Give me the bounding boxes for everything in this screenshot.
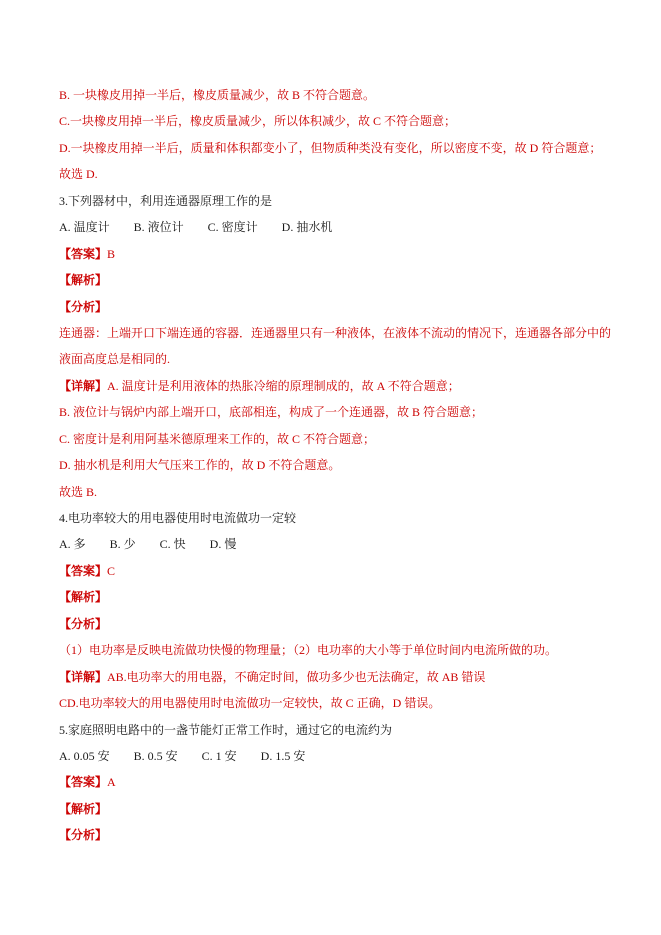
q3-analysis-line2: 液面高度总是相同的.	[59, 346, 641, 372]
q4-answer-line: 【答案】C	[59, 558, 641, 584]
q3-detail-c: C. 密度计是利用阿基米德原理来工作的，故 C 不符合题意；	[59, 426, 641, 452]
q4-stem: 4.电功率较大的用电器使用时电流做功一定较	[59, 505, 641, 531]
q4-fenxi-label: 【分析】	[59, 611, 641, 637]
q5-options: A. 0.05 安 B. 0.5 安 C. 1 安 D. 1.5 安	[59, 743, 641, 769]
q4-jiexi-label: 【解析】	[59, 584, 641, 610]
q3-conclusion: 故选 B.	[59, 479, 641, 505]
q3-answer-line: 【答案】B	[59, 241, 641, 267]
q3-options: A. 温度计 B. 液位计 C. 密度计 D. 抽水机	[59, 214, 641, 240]
q4-answer-value: C	[107, 564, 115, 578]
q4-detail-cd: CD.电功率较大的用电器使用时电流做功一定较快，故 C 正确，D 错误。	[59, 690, 641, 716]
q3-answer-value: B	[107, 247, 115, 261]
q3-detail-d: D. 抽水机是利用大气压来工作的，故 D 不符合题意。	[59, 452, 641, 478]
q5-answer-value: A	[107, 775, 116, 789]
q3-detail-b: B. 液位计与锅炉内部上端开口，底部相连，构成了一个连通器，故 B 符合题意；	[59, 399, 641, 425]
q2-conclusion: 故选 D.	[59, 161, 641, 187]
q4-detail-label: 【详解】	[59, 670, 107, 684]
q3-answer-label: 【答案】	[59, 247, 107, 261]
q3-detail-a: 【详解】A. 温度计是利用液体的热胀冷缩的原理制成的，故 A 不符合题意；	[59, 373, 641, 399]
q5-stem: 5.家庭照明电路中的一盏节能灯正常工作时，通过它的电流约为	[59, 717, 641, 743]
q3-analysis-line1: 连通器：上端开口下端连通的容器．连通器里只有一种液体，在液体不流动的情况下，连通…	[59, 320, 641, 346]
q3-jiexi-label: 【解析】	[59, 267, 641, 293]
q2-option-b-evaluation: B. 一块橡皮用掉一半后，橡皮质量减少，故 B 不符合题意。	[59, 82, 641, 108]
exam-answer-document-page: B. 一块橡皮用掉一半后，橡皮质量减少，故 B 不符合题意。 C.一块橡皮用掉一…	[0, 0, 661, 935]
q3-fenxi-label: 【分析】	[59, 294, 641, 320]
q3-stem: 3.下列器材中，利用连通器原理工作的是	[59, 188, 641, 214]
document-body: B. 一块橡皮用掉一半后，橡皮质量减少，故 B 不符合题意。 C.一块橡皮用掉一…	[59, 82, 641, 849]
q4-options: A. 多 B. 少 C. 快 D. 慢	[59, 531, 641, 557]
q5-answer-label: 【答案】	[59, 775, 107, 789]
q4-answer-label: 【答案】	[59, 564, 107, 578]
q2-option-c-evaluation: C.一块橡皮用掉一半后，橡皮质量减少，所以体积减少，故 C 不符合题意；	[59, 108, 641, 134]
q4-analysis: （1）电功率是反映电流做功快慢的物理量；（2）电功率的大小等于单位时间内电流所做…	[59, 637, 641, 663]
q4-detail-ab: 【详解】AB.电功率大的用电器，不确定时间，做功多少也无法确定，故 AB 错误	[59, 664, 641, 690]
q5-fenxi-label: 【分析】	[59, 822, 641, 848]
q3-detail-label: 【详解】	[59, 379, 107, 393]
q2-option-d-evaluation: D.一块橡皮用掉一半后，质量和体积都变小了，但物质种类没有变化，所以密度不变，故…	[59, 135, 641, 161]
q5-jiexi-label: 【解析】	[59, 796, 641, 822]
q5-answer-line: 【答案】A	[59, 769, 641, 795]
